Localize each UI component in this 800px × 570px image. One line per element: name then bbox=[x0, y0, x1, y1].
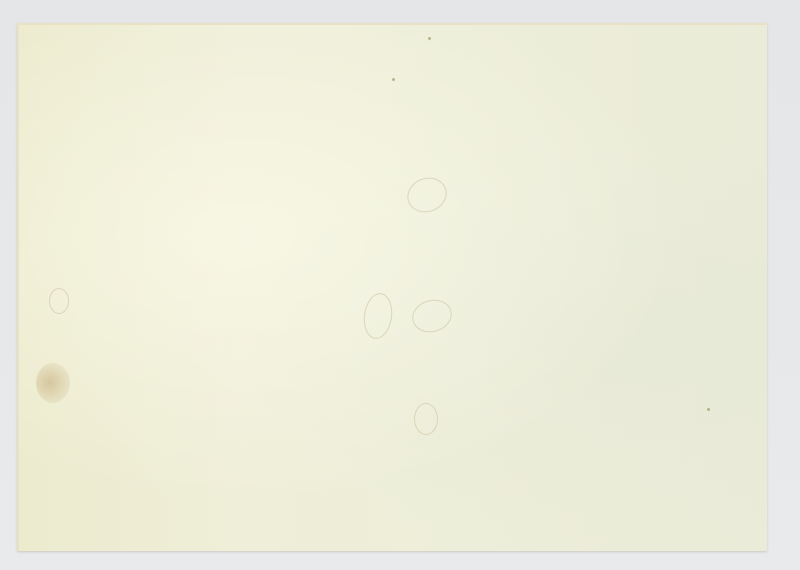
speck bbox=[392, 78, 395, 81]
faint-mark bbox=[409, 295, 456, 336]
faint-mark bbox=[49, 288, 69, 314]
paper-sheet bbox=[17, 23, 767, 551]
speck bbox=[707, 408, 710, 411]
faint-mark bbox=[361, 291, 395, 340]
faint-mark bbox=[402, 172, 451, 218]
faint-mark bbox=[414, 403, 438, 435]
water-stain bbox=[36, 363, 70, 403]
speck bbox=[428, 37, 431, 40]
